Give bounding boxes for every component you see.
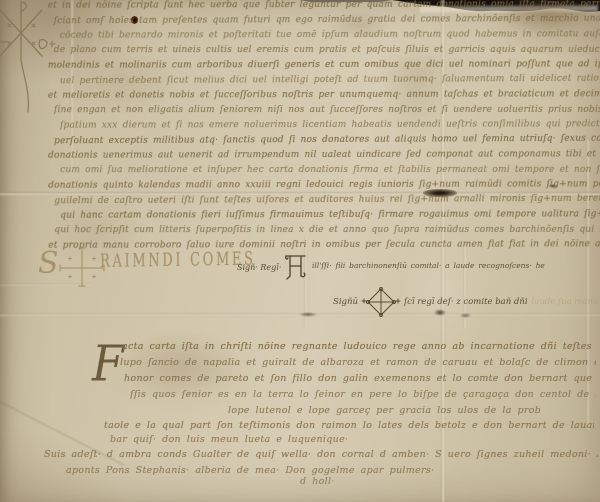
parchment-charter-photo: et in dei nōine ſcripta ſunt hec uerba q… — [0, 0, 600, 502]
signum-faded-text: laude ſua manu roborauit· — [532, 297, 600, 307]
lower-line: taole e la qual part ſon teſtimonis don … — [104, 420, 594, 431]
manuscript-line: qui hoc ſcripſit cum litteris ſuperpoſit… — [44, 223, 600, 238]
signature-name: RAIMNDI COMES — [100, 248, 256, 272]
manuscript-line: donationis uenerimus aut uenerit ad irru… — [44, 147, 600, 163]
signum-line: Sigñū ſcī regī deſ· z comite bañ dñi lau… — [333, 287, 600, 317]
manuscript-line: ſine engan et non eligatis alium ſeniore… — [44, 103, 600, 118]
manuscript-line: de plano cum terris et uineis cultis uel… — [44, 43, 600, 58]
lower-line: acta carta iſta in chriſti nōine regnant… — [122, 341, 594, 352]
witness-line: aponts Pons Stephanis· alberia de mea· D… — [66, 465, 434, 476]
signum-prefix: Sigñū — [333, 297, 358, 307]
manuscript-line: qui hanc cartam donationis fieri iuſſimu… — [44, 207, 600, 223]
witness-line: Suis adeſt· d ambra conds Gualter de qui… — [44, 449, 598, 460]
ink-blot — [299, 312, 317, 317]
manuscript-line: cum omi ſua melioratione et inſuper hec … — [44, 163, 600, 178]
manuscript-line: cōcedo tibi bernardo mironis et poſterit… — [44, 27, 600, 43]
lower-line: lupo ſancio de napalia et guiralt de alb… — [120, 357, 596, 368]
lower-line: bar quiſ· don luis meun lueta e luqueniq… — [110, 434, 348, 445]
signum-text: ſcī regī deſ· z comite bañ dñi — [404, 297, 528, 307]
lower-line: honor comes de pareto et ſon fillo don g… — [124, 373, 592, 384]
lower-line: lope lutenol e lope garceç per gracia lo… — [228, 405, 540, 416]
manuscript-line: et melioretis et donetis nobis et ſucceſ… — [44, 87, 600, 103]
signature-subscription: ill'ſſi· fili barchinonenſiū comital· a … — [312, 261, 545, 270]
diamond-signum-icon — [362, 287, 400, 317]
main-text-block: et in dei nōine ſcripta ſunt hec uerba q… — [44, 0, 600, 253]
signature-note: Sigñ· Regī· — [237, 263, 281, 272]
lower-line: ſſis quos ſenior es en la terra lo ſeino… — [130, 389, 596, 400]
signature-initial: S — [38, 246, 59, 281]
royal-monogram-icon — [284, 252, 308, 280]
signature-cross-icon — [58, 246, 106, 288]
text-fragment: d holl· — [300, 476, 335, 487]
